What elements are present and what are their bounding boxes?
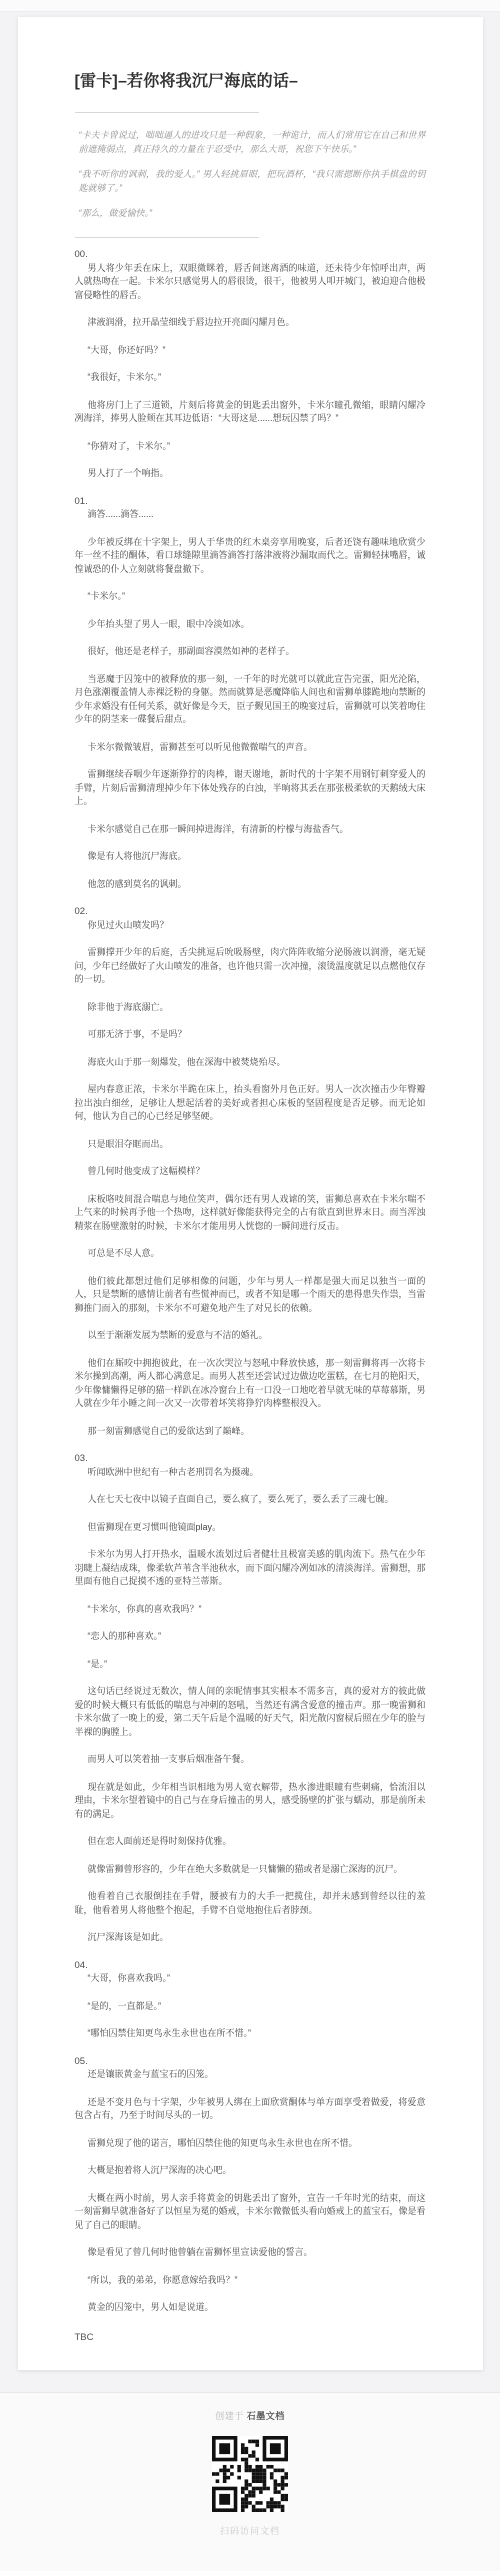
paragraph: “恋人的那种喜欢。” (75, 1630, 426, 1644)
section-number: 00. (75, 248, 426, 262)
paragraph: 像是有人将他沉尸海底。 (75, 850, 426, 864)
paragraph: 以至于渐渐发展为禁断的爱意与不洁的婚礼。 (75, 1329, 426, 1343)
page-top-strip (0, 0, 500, 12)
paragraph: 滴答......滴答...... (75, 508, 426, 522)
section: 01.滴答......滴答......少年被反绑在十字架上，男人于华贵的红木桌旁… (75, 495, 426, 892)
paragraph: 当恶魔于囚笼中的被释放的那一刻，一千年的时光就可以就此宣告完蛋，阳光沦陷，月色涨… (75, 673, 426, 727)
section-number: 01. (75, 495, 426, 509)
paragraph: “哪怕囚禁住知更鸟永生永世也在所不惜。” (75, 2027, 426, 2041)
paragraph: “是。” (75, 1658, 426, 1672)
paragraph: 沉尸深海该是如此。 (75, 1931, 426, 1945)
section: 03.听闻欧洲中世纪有一种古老刑罚名为摄魂。人在七天七夜中以镜子直面自己，要么疯… (75, 1452, 426, 1945)
paragraph: 你见过火山喷发吗？ (75, 919, 426, 933)
paragraph: 男人打了一个响指。 (75, 467, 426, 481)
paragraph: 卡米尔微微皱眉，雷狮甚至可以听见他微微喘气的声音。 (75, 741, 426, 755)
divider (75, 237, 259, 238)
paragraph: “卡米尔。” (75, 590, 426, 604)
paragraph: 少年抬头望了男人一眼，眼中冷淡如冰。 (75, 618, 426, 632)
closing-tbc: TBC (75, 2331, 426, 2344)
paragraph: 大概是抱着将人沉尸深海的决心吧。 (75, 2164, 426, 2178)
section: 05.还是镶嵌黄金与蓝宝石的囚笼。还是不变月色与十字架，少年被男人绑在上面欣赏酮… (75, 2055, 426, 2315)
paragraph: 大概在两小时前，男人亲手将黄金的钥匙丢出了窗外，宣告一千年时光的结束，而这一刻雷… (75, 2192, 426, 2233)
section-number: 02. (75, 905, 426, 919)
footer-source-name: 石墨文档 (247, 2411, 285, 2421)
epigraph-quotes: “卡夫卡曾说过，咄咄逼人的进攻只是一种假象，一种诡计，而人们常用它在自己和世界前… (75, 128, 426, 220)
paragraph: 可总是不尽人意。 (75, 1247, 426, 1261)
paragraph: 雷狮撑开少年的后庭，舌尖挑逗后吮吸肠壁，肉穴阵阵收缩分泌肠液以润滑，毫无疑问，少… (75, 946, 426, 987)
paragraph: 床板咯吱间混合喘息与地位笑声，偶尔还有男人戏谑的笑，雷狮总喜欢在卡米尔喘不上气来… (75, 1193, 426, 1234)
page-title: [雷卡]–若你将我沉尸海底的话– (75, 70, 426, 93)
paragraph: 像是看见了曾几何时他曾躺在雷狮怀里宣读爱他的誓言。 (75, 2246, 426, 2260)
paragraph: 听闻欧洲中世纪有一种古老刑罚名为摄魂。 (75, 1466, 426, 1480)
paragraph: 少年被反绑在十字架上，男人于华贵的红木桌旁享用晚宴，后者还饶有趣味地欣赏少年一丝… (75, 536, 426, 577)
paragraph: 卡米尔感觉自己在那一瞬间掉进海洋，有清新的柠檬与海盐香气。 (75, 823, 426, 837)
paragraph: 海底火山于那一刻爆发，他在深海中被焚烧殆尽。 (75, 1056, 426, 1070)
paragraph: “卡米尔，你真的喜欢我吗？” (75, 1603, 426, 1617)
section: 00.男人将少年丢在床上，双眼微眯着，唇舌间迷离酒的味道，还未待少年惊呼出声，两… (75, 248, 426, 481)
paragraph: “大哥，你还好吗？” (75, 344, 426, 358)
story-sections: 00.男人将少年丢在床上，双眼微眯着，唇舌间迷离酒的味道，还未待少年惊呼出声，两… (75, 248, 426, 2315)
paragraph: 雷狮继续吞咽少年逐渐狰狞的肉棒，谢天谢地，新时代的十字架不用钢钉刺穿爱人的手臂，… (75, 768, 426, 809)
paragraph: 就像雷狮曾形容的，少年在绝大多数就是一只慵懒的猫或者是溺亡深海的沉尸。 (75, 1863, 426, 1877)
paragraph: 现在就是如此，少年相当识相地为男人宽衣解带，热水渗进眼瞳有些刺痛，恰流泪以理由，… (75, 1781, 426, 1822)
paragraph: “所以，我的弟弟，你愿意嫁给我吗？” (75, 2274, 426, 2288)
section: 04.“大哥，你喜欢我吗。”“是的，一直都是。”“哪怕囚禁住知更鸟永生永世也在所… (75, 1959, 426, 2041)
paragraph: 还是镶嵌黄金与蓝宝石的囚笼。 (75, 2068, 426, 2082)
paragraph: 但雷狮现在更习惯叫他镜面play。 (75, 1521, 426, 1535)
paragraph: 还是不变月色与十字架，少年被男人绑在上面欣赏酮体与单方面享受着做爱，将爱意包含占… (75, 2096, 426, 2123)
paragraph: 雷狮兑现了他的诺言，哪怕囚禁住他的知更鸟永生永世也在所不惜。 (75, 2137, 426, 2151)
paragraph: 只是眼泪夺眶而出。 (75, 1138, 426, 1152)
paragraph: “我很好，卡米尔。” (75, 371, 426, 385)
quote-paragraph: “我不听你的讽刺，我的爱人。” 男人轻挑眉眼，把玩酒杯，“我只需摁断你执手棋盘的… (79, 167, 426, 195)
paragraph: 但在恋人面前还是得时刻保持优雅。 (75, 1835, 426, 1849)
section-number: 05. (75, 2055, 426, 2069)
paragraph: 津液润滑，拉开晶莹细线于唇边拉开亮面闪耀月色。 (75, 316, 426, 330)
footer-source: 创建于石墨文档 (0, 2409, 500, 2422)
paragraph: “是的，一直都是。” (75, 2000, 426, 2014)
paragraph: 人在七天七夜中以镜子直面自己，要么疯了，要么死了，要么丢了三魂七魄。 (75, 1493, 426, 1507)
paragraph: 他将房门上了三道锁，片刻后将黄金的钥匙丢出窗外，卡米尔瞳孔微缩，眼睛闪耀冷冽海洋… (75, 399, 426, 426)
paragraph: “你猜对了，卡米尔。” (75, 440, 426, 454)
paragraph: 那一刻雷狮感觉自己的爱欲达到了巅峰。 (75, 1425, 426, 1439)
paragraph: 男人将少年丢在床上，双眼微眯着，唇舌间迷离酒的味道，还未待少年惊呼出声，两人就热… (75, 262, 426, 303)
paragraph: 他看着自己衣服倒挂在手臂，腰被有力的大手一把揽住，却并未感到曾经以往的羞耻，他看… (75, 1890, 426, 1917)
paragraph: 屋内春意正浓，卡米尔半跪在床上，抬头看窗外月色正好。男人一次次撞击少年臀瓣拉出浊… (75, 1083, 426, 1124)
paragraph: 而男人可以笑着抽一支事后烟准备午餐。 (75, 1753, 426, 1767)
paragraph: 他忽的感到莫名的讽刺。 (75, 878, 426, 892)
document-card: [雷卡]–若你将我沉尸海底的话– “卡夫卡曾说过，咄咄逼人的进攻只是一种假象，一… (18, 17, 483, 2370)
divider (75, 112, 259, 113)
section: 02.你见过火山喷发吗？雷狮撑开少年的后庭，舌尖挑逗后吮吸肠壁，肉穴阵阵收缩分泌… (75, 905, 426, 1438)
qr-code (212, 2436, 288, 2512)
paragraph: 黄金的囚笼中，男人如是说道。 (75, 2301, 426, 2315)
quote-paragraph: “卡夫卡曾说过，咄咄逼人的进攻只是一种假象，一种诡计，而人们常用它在自己和世界前… (79, 128, 426, 156)
section-number: 04. (75, 1959, 426, 1973)
paragraph: 除非他于海底溺亡。 (75, 1001, 426, 1015)
paragraph: 可那无济于事，不是吗？ (75, 1028, 426, 1042)
qr-caption: 扫码访问文档 (0, 2524, 500, 2537)
footer: 创建于石墨文档 扫码访问文档 (0, 2392, 500, 2571)
paragraph: “大哥，你喜欢我吗。” (75, 1972, 426, 1986)
paragraph: 他们在厮咬中拥抱彼此，在一次次哭泣与怒吼中释放快感，那一刻雷狮将再一次将卡米尔操… (75, 1357, 426, 1411)
paragraph: 卡米尔为男人打开热水，温暖水流划过后者健壮且极富美感的肌肉流下。热气在少年羽睫上… (75, 1548, 426, 1589)
section-number: 03. (75, 1452, 426, 1466)
quote-paragraph: “那么，做爱愉快。” (79, 206, 426, 220)
paragraph: 这句话已经说过无数次，情人间的亲昵情事其实根本不需多言，真的爱对方的彼此做爱的时… (75, 1685, 426, 1739)
paragraph: 他们彼此都想过他们足够相像的问题，少年与男人一样都是强大而足以独当一面的人，只是… (75, 1275, 426, 1316)
paragraph: 曾几何时他变成了这幅模样？ (75, 1165, 426, 1179)
footer-source-prefix: 创建于 (215, 2411, 244, 2421)
paragraph: 很好，他还是老样子，那副面容漠然如神的老样子。 (75, 645, 426, 659)
